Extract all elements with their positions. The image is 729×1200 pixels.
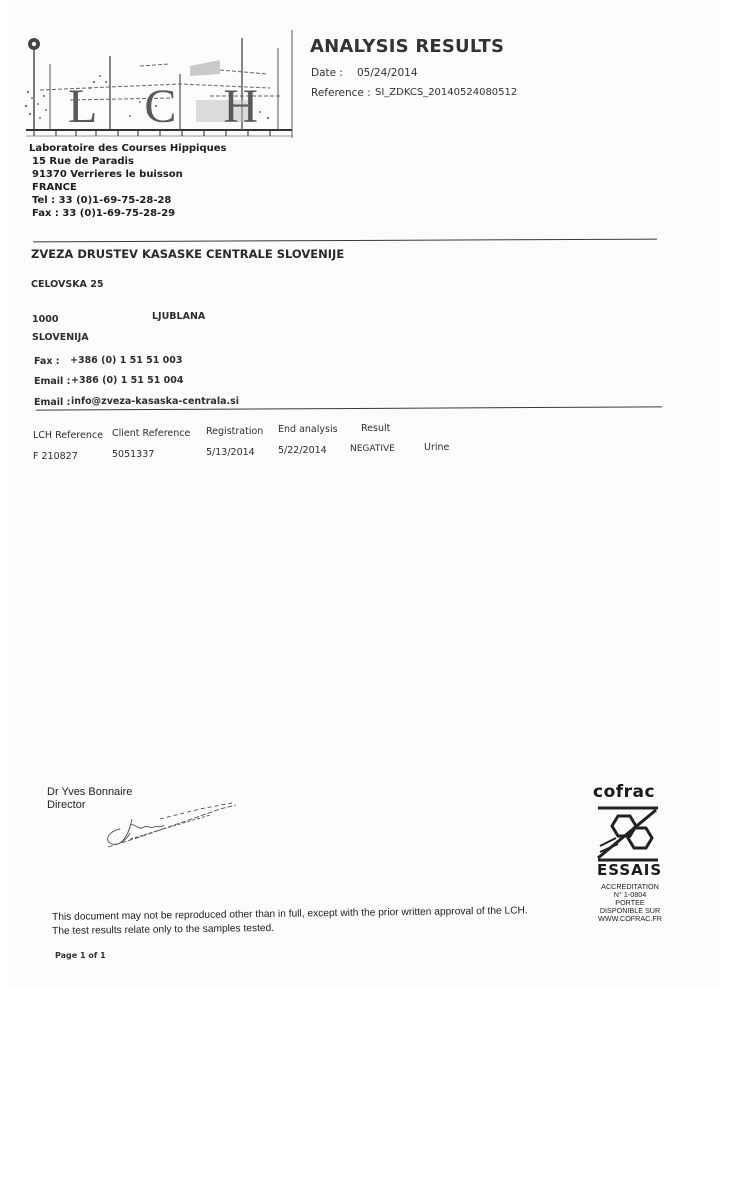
column-header-registration: Registration xyxy=(206,426,263,437)
client-email2-value: info@zveza-kasaska-centrala.si xyxy=(71,396,239,407)
lab-tel: Tel : 33 (0)1-69-75-28-28 xyxy=(32,195,171,207)
cell-sample-type: Urine xyxy=(424,442,449,453)
client-name: ZVEZA DRUSTEV KASASKE CENTRALE SLOVENIJE xyxy=(31,247,344,261)
lab-name: Laboratoire des Courses Hippiques xyxy=(29,143,226,155)
client-country: SLOVENIJA xyxy=(32,332,89,343)
lab-fax: Fax : 33 (0)1-69-75-28-29 xyxy=(32,208,175,220)
lab-country: FRANCE xyxy=(32,182,77,194)
reference-label: Reference : xyxy=(311,87,371,99)
client-fax-label: Fax : xyxy=(34,356,60,367)
svg-text:LCH: LCH xyxy=(68,80,258,133)
cell-registration: 5/13/2014 xyxy=(206,447,255,458)
client-postcode: 1000 xyxy=(32,314,58,325)
lch-logo: LCH xyxy=(20,26,300,138)
date-label: Date : xyxy=(311,67,343,79)
document-title: ANALYSIS RESULTS xyxy=(310,36,504,57)
client-email1-label: Email : xyxy=(34,376,70,387)
client-email1-value: +386 (0) 1 51 51 004 xyxy=(71,375,184,386)
date-value: 05/24/2014 xyxy=(357,67,418,79)
cofrac-logo-text: cofrac xyxy=(593,782,655,802)
column-header-end-analysis: End analysis xyxy=(278,424,338,435)
essais-label: ESSAIS xyxy=(597,861,662,879)
client-city: LJUBLANA xyxy=(152,311,205,322)
client-street: CELOVSKA 25 xyxy=(31,279,103,290)
cell-result: NEGATIVE xyxy=(350,444,395,454)
accreditation-url: WWW.COFRAC.FR xyxy=(592,915,668,923)
cell-client-reference: 5051337 xyxy=(112,449,154,460)
lab-city: 91370 Verrieres le buisson xyxy=(32,169,183,181)
column-header-result: Result xyxy=(361,423,390,434)
hexagon-icon xyxy=(596,806,660,862)
client-email2-label: Email : xyxy=(34,397,70,408)
client-fax-value: +386 (0) 1 51 51 003 xyxy=(70,355,183,366)
signatory-title: Director xyxy=(47,799,86,811)
cell-lch-reference: F 210827 xyxy=(33,451,78,462)
page-number: Page 1 of 1 xyxy=(55,951,106,960)
signature-scribble xyxy=(100,795,240,855)
lab-street: 15 Rue de Paradis xyxy=(32,156,134,168)
reference-value: SI_ZDKCS_20140524080512 xyxy=(375,87,517,98)
cell-end-analysis: 5/22/2014 xyxy=(278,445,327,456)
column-header-client-reference: Client Reference xyxy=(112,428,190,439)
column-header-lch-reference: LCH Reference xyxy=(33,430,103,441)
accreditation-details: ACCREDITATION N° 1-0804 PORTEE DISPONIBL… xyxy=(592,883,668,923)
